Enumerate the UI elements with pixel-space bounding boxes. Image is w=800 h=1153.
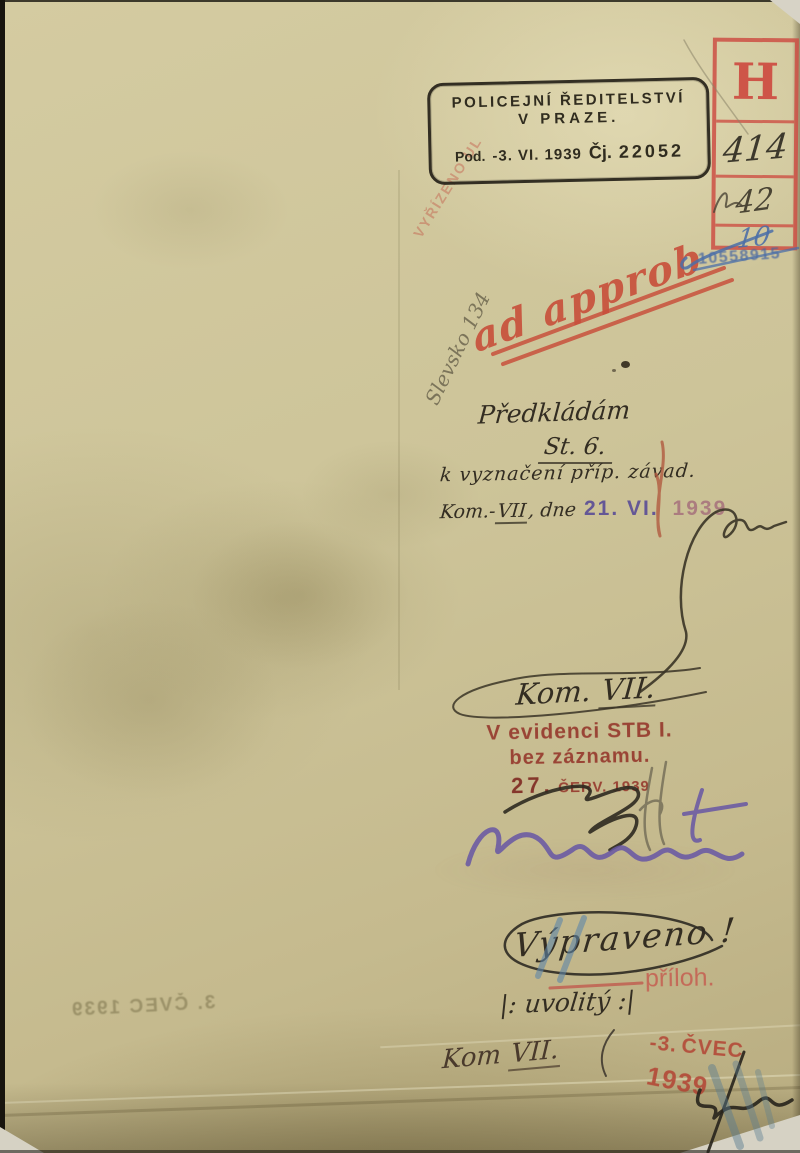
ad-approb-note: ad approb [468,233,707,363]
cj-label: Čj. [589,142,612,164]
purple-signature [468,830,742,864]
vypraveno-text: Výpraveno ! [512,910,738,965]
mirror-stamp-text: 3. ČVEC 1939 [70,992,216,1021]
h-cell: H [716,42,795,124]
uvolit-note: |: uvolitý :| [499,986,637,1020]
kom-vii-mid-num: VII. [599,670,659,709]
stb-line2: bez záznamu. [475,744,685,771]
stb-line1: V evidenci STB I. [474,718,684,746]
mirrored-bleed-stamp: 3. ČVEC 1939 [70,992,216,1022]
priloh-text: příloh. [645,963,715,992]
vypraveno-note: Výpraveno ! [512,910,738,965]
paren-stroke [602,1030,614,1076]
police-registry-stamp: POLICEJNÍ ŘEDITELSTVÍ V PRAZE. Pod. -3. … [427,77,711,185]
pencil-42: 42 [734,181,775,222]
k-vyznaceni-text: k vyznačení příp. závad. [439,460,697,487]
cvec-month: ČVEC [681,1034,745,1062]
paper-stain [90,150,290,270]
kom-dne-prefix: Kom.- [439,500,497,523]
red-h-frame-stamp: H 414 42 10 [711,38,799,251]
h-letter: H [732,51,780,110]
stb-date-line: 27. ČERV. 1939 [475,770,685,800]
predkladam-text: Předkládám [477,395,631,429]
received-prefix: Pod. [455,148,486,165]
date-year: 1939 [673,497,728,520]
stb-date-rest: ČERV. 1939 [558,778,650,797]
ink-speck [612,369,616,372]
ad-approb-text: ad approb [468,233,707,363]
red-pencil-squiggle [656,442,663,536]
priloh-stamp: příloh. [645,963,715,993]
vertical-fold-crease [398,170,400,690]
st6-note: St. 6. [538,434,616,464]
kom-vii-bottom-prefix: Kom [441,1039,510,1075]
cj-number: 22052 [619,140,685,162]
pencil-414: 414 [721,126,790,172]
kom-dne-suffix: , dne [527,499,577,522]
st6-text: St. 6. [542,434,607,460]
cvec-prefix: -3. [649,1031,678,1056]
ink-speck [621,361,630,368]
stb-date-day: 27. [511,772,554,798]
scan-edge-top [0,0,780,2]
bleed-through-smudge [430,840,740,900]
violet-date-stamp: 21. VI. 1939 [584,497,727,521]
signature-jm [640,509,786,692]
police-stamp-date-line: Pod. -3. VI. 1939 Čj. 22052 [431,140,707,167]
cell-414: 414 [716,123,794,179]
kom-vii-mid-note: Kom. VII. [515,670,659,712]
paper-stain [190,520,410,670]
date-day: 21. VI. [584,497,659,520]
paper-stain [300,440,480,550]
scanned-document-page: VYŘÍZENO UL POLICEJNÍ ŘEDITELSTVÍ V PRAZ… [0,0,800,1153]
paper-stain [20,600,280,800]
cell-42: 42 [715,178,793,228]
cvec-date-stamp: -3. ČVEC 1939 [646,1031,800,1099]
uvolit-text: |: uvolitý :| [499,986,637,1020]
kom-vii-bottom-num: VII. [508,1035,561,1072]
scan-edge-left [0,0,5,1153]
kom-vii-bottom-note: Kom VII. [441,1035,561,1076]
stb-evidence-stamp: V evidenci STB I. bez záznamu. 27. ČERV.… [474,718,685,800]
purple-signature-t [684,790,746,841]
scan-corner-top-right [770,0,800,24]
predkladam-note: Předkládám [477,395,631,429]
kom-dne-vii: VII [494,500,529,525]
received-date: -3. VI. 1939 [492,146,582,165]
k-vyznaceni-note: k vyznačení příp. závad. [439,460,697,487]
kom-vii-mid-prefix: Kom. [515,674,593,712]
kom-dne-line: Kom.-VII, dne [439,499,577,523]
